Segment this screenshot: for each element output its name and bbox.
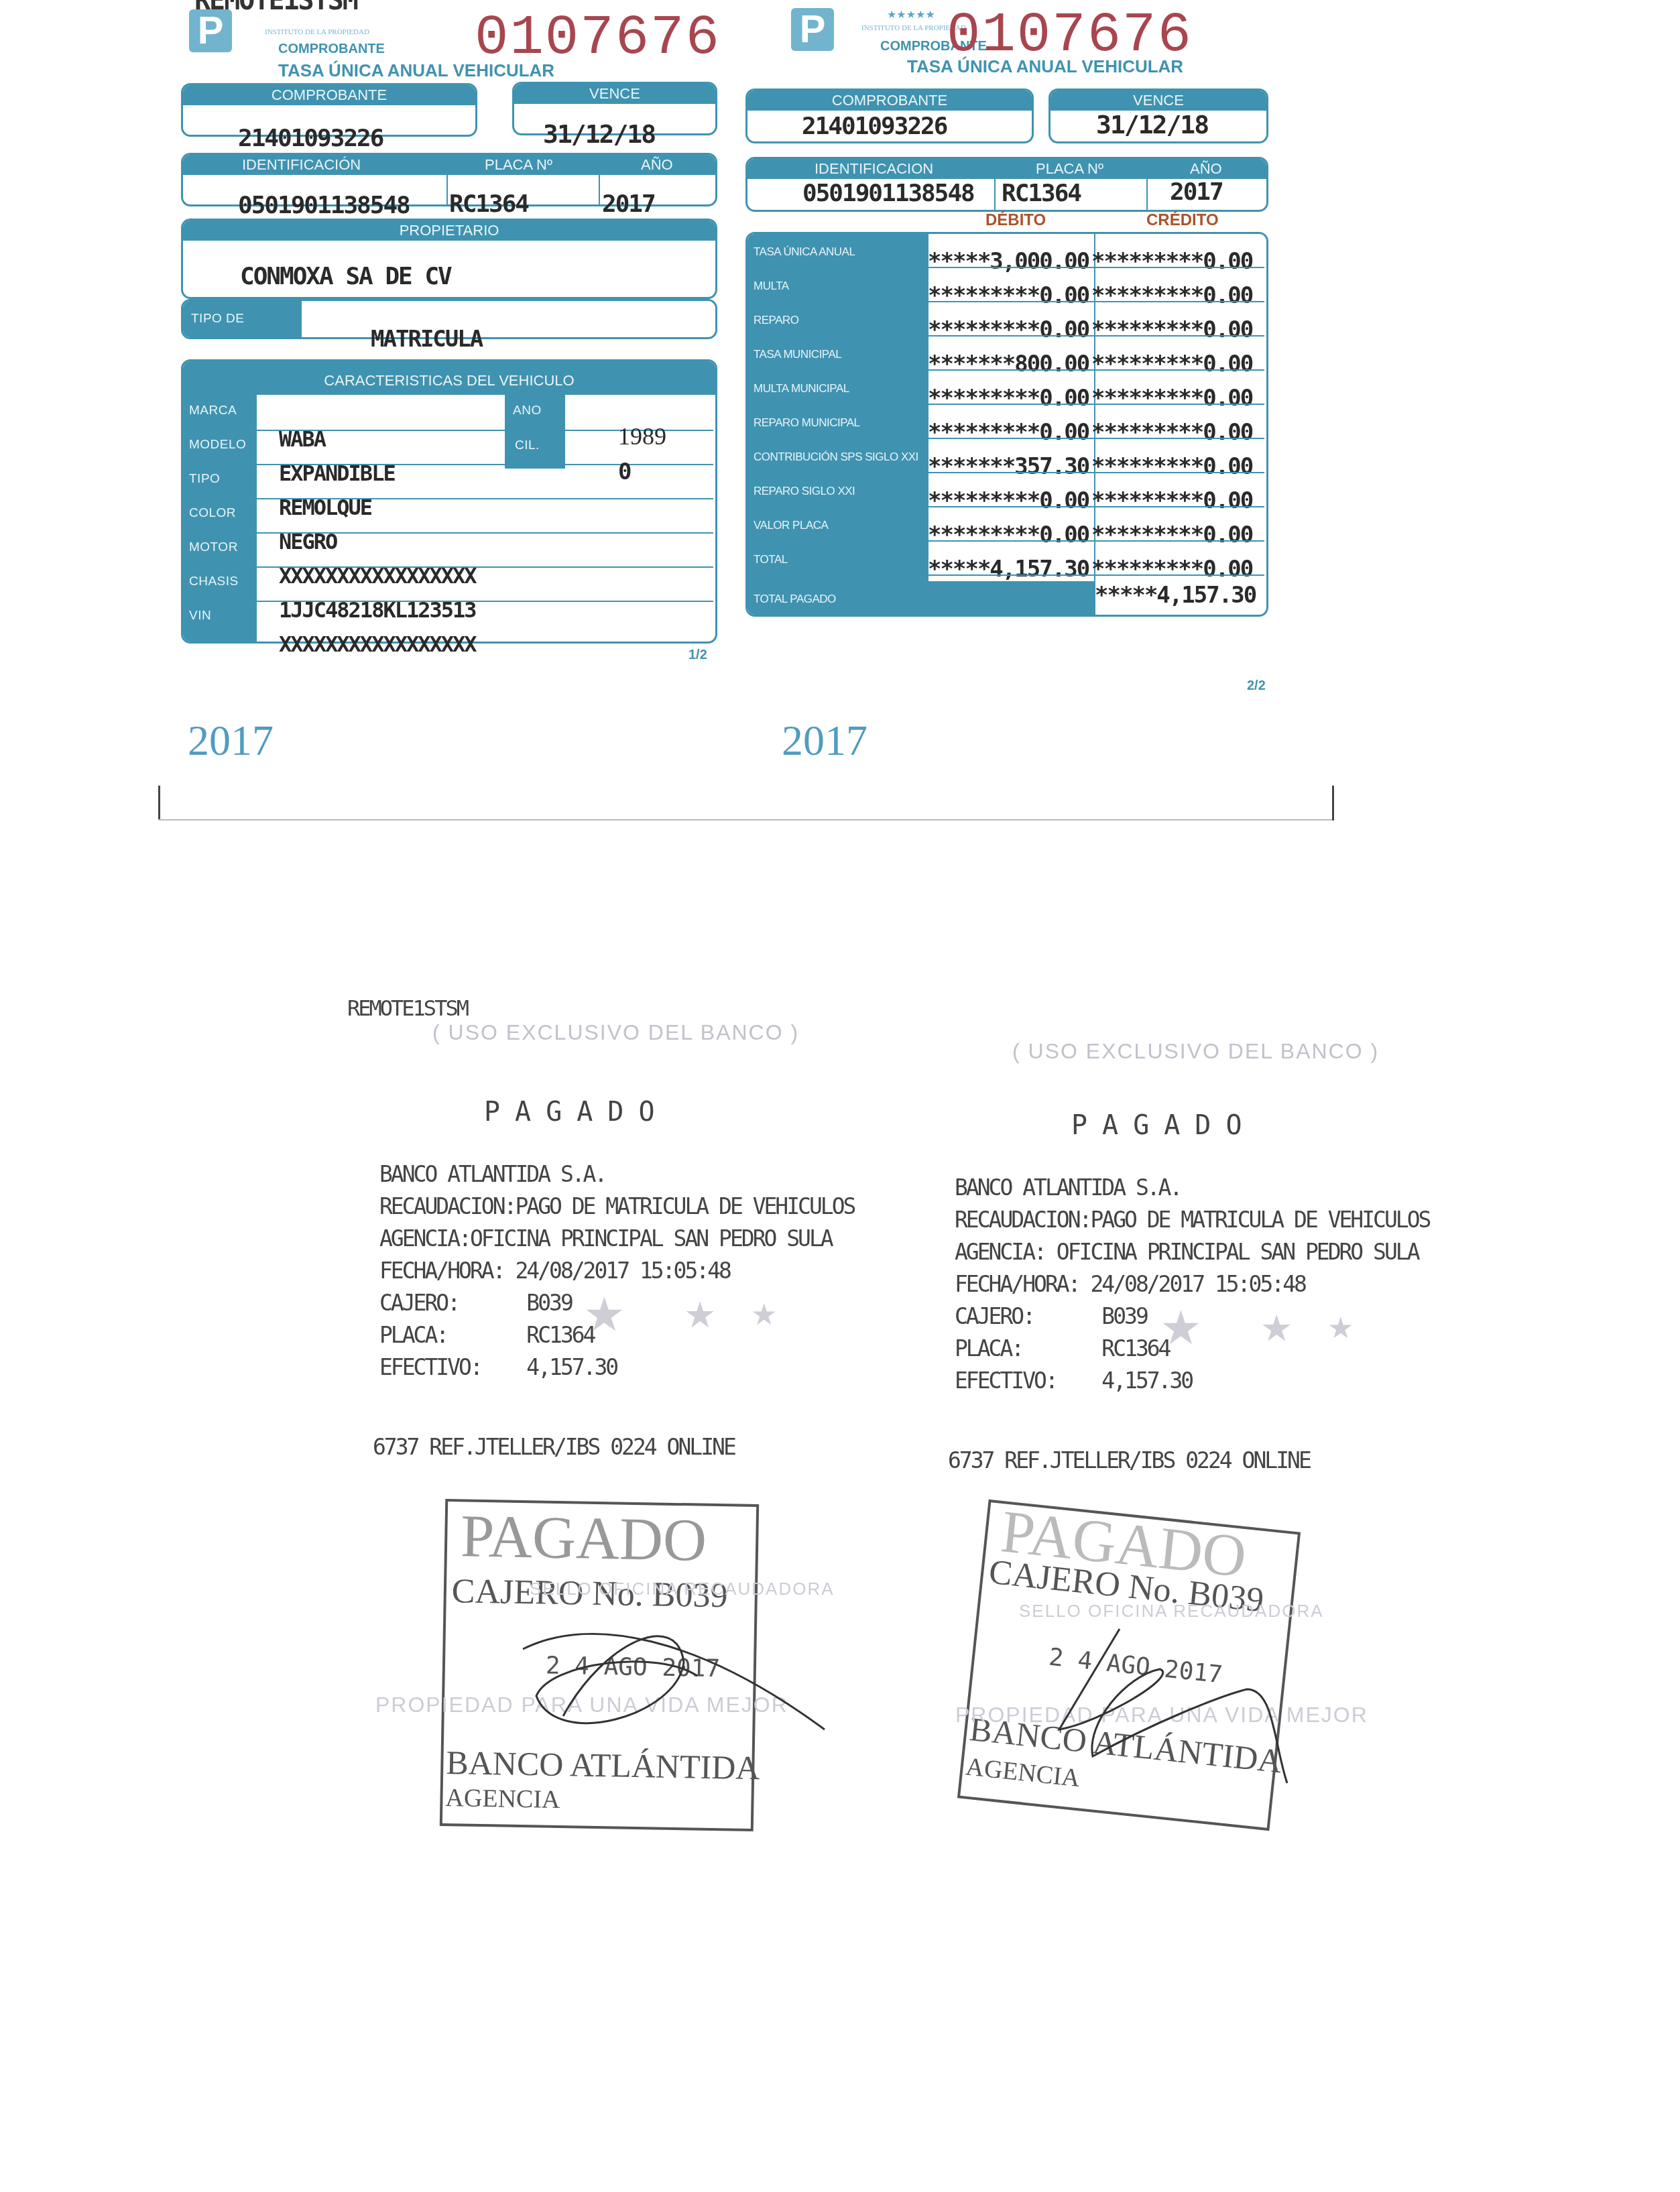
credito-value: *********0.00 [1091, 351, 1252, 377]
identificacion-value: 0501901138548 [238, 192, 410, 219]
vence-value: 31/12/18 [1096, 110, 1208, 139]
institute-name: INSTITUTO DE LA PROPIEDAD [265, 28, 369, 36]
comprobante-header: COMPROBANTE [747, 90, 1032, 111]
fee-label: REPARO SIGLO XXI [754, 485, 855, 498]
identificacion-value: 0501901138548 [802, 180, 974, 207]
vehicle-field-label: TIPO [189, 472, 220, 487]
efectivo: EFECTIVO: 4,157.30 [379, 1351, 854, 1384]
vehicle-field-label: CHASIS [189, 574, 239, 589]
receipt-lines: BANCO ATLANTIDA S.A. RECAUDACION:PAGO DE… [955, 1172, 1429, 1397]
fecha-hora: FECHA/HORA: 24/08/2017 15:05:48 [955, 1268, 1429, 1300]
fee-label: REPARO MUNICIPAL [754, 416, 860, 430]
placa-label: PLACA Nº [1036, 159, 1103, 179]
crop-mark [158, 786, 160, 820]
star-icon: ★ [583, 1287, 625, 1342]
tipo-operacion-value: MATRICULA [371, 326, 482, 353]
comprobante-value: 21401093226 [238, 125, 383, 152]
star-icon: ★ [1260, 1307, 1293, 1349]
institute-logo-icon: P [791, 8, 834, 51]
anio-value: 2017 [1170, 178, 1223, 206]
debito-value: *****4,157.30 [928, 556, 1089, 583]
star-icon: ★ [1160, 1300, 1202, 1355]
comprobante-caption: COMPROBANTE [278, 42, 385, 57]
identificacion-label: IDENTIFICACIÓN [242, 155, 361, 175]
institute-logo-icon: P [189, 9, 232, 52]
agencia: AGENCIA:OFICINA PRINCIPAL SAN PEDRO SULA [379, 1223, 854, 1255]
ano-value: 1989 [618, 422, 666, 450]
vehicle-field-label: COLOR [189, 506, 236, 521]
vence-header: VENCE [514, 84, 715, 104]
cut-line [158, 819, 1334, 820]
star-icon: ★ [1327, 1311, 1354, 1345]
credito-value: *********0.00 [1091, 316, 1252, 343]
efectivo: EFECTIVO: 4,157.30 [955, 1365, 1429, 1397]
form-title: TASA ÚNICA ANUAL VEHICULAR [278, 60, 554, 81]
credito-value: *********0.00 [1091, 487, 1252, 514]
identificacion-label: IDENTIFICACION [815, 159, 933, 179]
debito-value: *******800.00 [928, 351, 1089, 377]
vehicle-field-label: MOTOR [189, 540, 238, 555]
comprobante-header: COMPROBANTE [183, 85, 475, 105]
fecha-hora: FECHA/HORA: 24/08/2017 15:05:48 [379, 1255, 854, 1287]
placa-value: RC1364 [449, 190, 528, 218]
status-pagado: PAGADO [484, 1097, 670, 1128]
vehicle-field-value: XXXXXXXXXXXXXXXXX [279, 563, 476, 589]
identificacion-header: IDENTIFICACION PLACA Nº AÑO [747, 159, 1266, 179]
cil-value: 0 [618, 459, 630, 485]
cil-label: CIL. [515, 438, 540, 453]
reference: 6737 REF.JTELLER/IBS 0224 ONLINE [373, 1431, 735, 1463]
total-pagado-label: TOTAL PAGADO [754, 593, 836, 606]
debito-value: *********0.00 [928, 282, 1089, 309]
anio-label: AÑO [1190, 159, 1222, 179]
credito-value: *********0.00 [1091, 385, 1252, 412]
credito-value: *********0.00 [1091, 522, 1252, 548]
credito-value: *********0.00 [1091, 453, 1252, 480]
star-icon: ★ [684, 1294, 716, 1336]
anio-label: AÑO [641, 155, 673, 175]
page-indicator: 2/2 [1247, 678, 1266, 694]
reference: 6737 REF.JTELLER/IBS 0224 ONLINE [948, 1445, 1310, 1477]
propietario-value: CONMOXA SA DE CV [240, 263, 451, 290]
signature-icon [1046, 1622, 1327, 1797]
ano-label: ANO [513, 404, 542, 418]
debito-value: *******357.30 [928, 453, 1089, 480]
stamp-sello: SELLO OFICINA RECAUDADORA [530, 1579, 835, 1599]
year-watermark: 2017 [188, 716, 274, 766]
total-pagado-value: *****4,157.30 [1095, 582, 1256, 609]
stamp-pagado: PAGADO [460, 1502, 707, 1575]
vehicle-field-value: 1JJC48218KL123513 [279, 597, 476, 623]
debito-header: DÉBITO [985, 211, 1046, 230]
year-watermark: 2017 [782, 716, 867, 766]
vehicle-field-value: NEGRO [279, 529, 337, 554]
bank-name: BANCO ATLANTIDA S.A. [379, 1158, 854, 1191]
vence-header: VENCE [1051, 90, 1266, 111]
credito-value: *********0.00 [1091, 556, 1252, 583]
identificacion-header: IDENTIFICACIÓN PLACA Nº AÑO [183, 155, 715, 175]
fee-label: TASA MUNICIPAL [754, 348, 841, 361]
credito-value: *********0.00 [1091, 282, 1252, 309]
credito-value: *********0.00 [1091, 419, 1252, 446]
debito-value: *********0.00 [928, 419, 1089, 446]
bank-use-label: ( USO EXCLUSIVO DEL BANCO ) [1012, 1039, 1379, 1064]
debito-value: *********0.00 [928, 487, 1089, 514]
placa-label: PLACA Nº [485, 155, 552, 175]
fee-label: MULTA MUNICIPAL [754, 382, 849, 395]
bank-name: BANCO ATLANTIDA S.A. [955, 1172, 1429, 1204]
agencia: AGENCIA: OFICINA PRINCIPAL SAN PEDRO SUL… [955, 1236, 1429, 1268]
vehicle-field-value: WABA [279, 426, 325, 452]
vence-value: 31/12/18 [543, 119, 655, 149]
debito-value: *********0.00 [928, 385, 1089, 412]
stamp-agencia: AGENCIA [445, 1783, 560, 1815]
crop-mark [1332, 786, 1334, 820]
vehicle-field-label: MARCA [189, 404, 237, 418]
credito-header: CRÉDITO [1146, 211, 1219, 230]
stars-icon: ★★★★★ [887, 8, 935, 21]
bank-use-label: ( USO EXCLUSIVO DEL BANCO ) [432, 1020, 799, 1045]
recaudacion: RECAUDACION:PAGO DE MATRICULA DE VEHICUL… [379, 1191, 854, 1223]
placa-value: RC1364 [1002, 180, 1081, 207]
debito-value: *********0.00 [928, 522, 1089, 548]
fee-label: VALOR PLACA [754, 519, 828, 532]
debito-value: *********0.00 [928, 316, 1089, 343]
page-indicator: 1/2 [688, 648, 707, 663]
recaudacion: RECAUDACION:PAGO DE MATRICULA DE VEHICUL… [955, 1204, 1429, 1236]
comprobante-value: 21401093226 [802, 113, 947, 140]
fee-label: CONTRIBUCIÓN SPS SIGLO XXI [754, 450, 918, 464]
debito-value: *****3,000.00 [928, 248, 1089, 275]
vehicle-field-value: REMOLQUE [279, 495, 371, 520]
overprint: REMOTE1STSM [347, 992, 467, 1024]
vehicle-field-label: VIN [189, 609, 211, 623]
fee-label: TOTAL [754, 553, 788, 566]
credito-value: *********0.00 [1091, 248, 1252, 275]
propietario-header: PROPIETARIO [183, 221, 715, 241]
form-title: TASA ÚNICA ANUAL VEHICULAR [907, 56, 1183, 77]
vehicle-field-value: XXXXXXXXXXXXXXXXX [279, 631, 476, 657]
star-icon: ★ [751, 1298, 777, 1332]
anio-value: 2017 [602, 190, 655, 218]
caracteristicas-header: CARACTERISTICAS DEL VEHICULO [183, 361, 715, 395]
vehicle-field-label: MODELO [189, 438, 246, 452]
vehicle-field-value: EXPANDIBLE [279, 461, 395, 486]
tipo-operacion-label: TIPO DE OPERACIÓN [183, 301, 302, 337]
status-pagado: PAGADO [1071, 1110, 1257, 1141]
fee-label: REPARO [754, 314, 799, 327]
signature-icon [509, 1622, 831, 1756]
fee-label: MULTA [754, 280, 789, 293]
fee-label: TASA ÚNICA ANUAL [754, 245, 855, 259]
receipt-lines: BANCO ATLANTIDA S.A. RECAUDACION:PAGO DE… [379, 1158, 854, 1384]
stamp-sello: SELLO OFICINA RECAUDADORA [1019, 1601, 1324, 1622]
